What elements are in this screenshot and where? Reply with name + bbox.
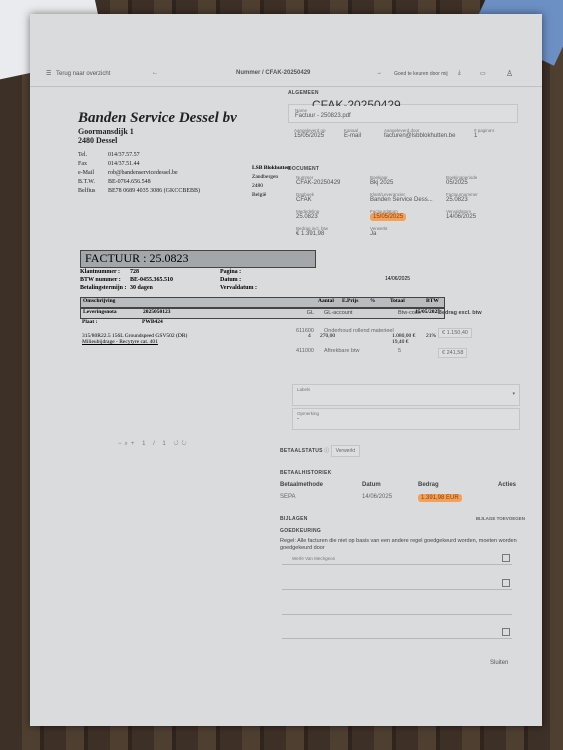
info-icon[interactable]: ⓘ [324,448,329,454]
invoice-date-highlight: 15/05/2025 [370,213,406,221]
calendar-icon[interactable] [502,579,510,587]
page-indicator: 1 / 1 [142,441,169,447]
company-city: 2480 Dessel [78,136,318,145]
company-name: Banden Service Dessel bv [78,110,318,127]
divider [30,86,542,87]
approver-field[interactable] [282,602,512,615]
amount-field[interactable]: € 241,58 [438,348,467,358]
approver-field[interactable] [282,626,512,639]
next-icon[interactable]: → [376,70,382,76]
status-badge: Verwerkt [331,445,360,457]
booking-lines: GL GL-account Btw-code Bedrag excl. btw … [286,310,521,358]
company-street: Goormansdijk 1 [78,127,318,136]
viewer-controls: −⌕+ 1 / 1 ↺↻ [118,441,190,448]
menu-icon[interactable]: ☰ [46,70,51,77]
due-date: 14/06/2025 [385,276,410,282]
betaalhistoriek: BETAALHISTORIEK Betaalmethode Datum Bedr… [280,470,525,502]
betaalstatus: BETAALSTATUS ⓘ Verwerkt [280,440,520,457]
recipient-address: LSB Blokhutten Zandbergen 2480 België [252,164,290,200]
close-button[interactable]: Sluiten [490,660,508,666]
approver-field[interactable] [282,577,512,590]
remark-field[interactable]: Opmerking- [292,408,520,430]
payment-amount-highlight: 1.391,98 EUR [418,494,462,502]
zoom-in-button[interactable]: + [131,441,138,447]
approval-rule: Regel: Alle facturen die niet op basis v… [280,538,525,552]
prev-icon[interactable]: ← [152,70,158,76]
invoice-meta: Klantnummer :728 BTW nummer :BE-0455.365… [80,268,180,292]
top-bar: ☰ Terug naar overzicht ← Nummer / CFAK-2… [30,64,542,86]
approve-filter[interactable]: Goed te keuren door mij [394,71,448,77]
back-link[interactable]: Terug naar overzicht [56,71,110,77]
add-attachment-button[interactable]: BIJLAGE TOEVOEGEN [476,516,525,521]
document-panel: DOCUMENT NummerCFAK-20250429 BoekjaarBkj… [288,166,518,237]
printed-page: ☰ Terug naar overzicht ← Nummer / CFAK-2… [30,14,542,726]
bijlagen: BIJLAGEN BIJLAGE TOEVOEGEN [280,516,525,522]
algemeen-panel: ALGEMEEN CFAK-20250429 NameFactuur - 250… [288,90,518,139]
calendar-icon[interactable] [502,554,510,562]
labels-select[interactable]: Labels ▾ [292,384,520,406]
page-title: Nummer / CFAK-20250429 [236,70,310,76]
calendar-icon[interactable] [502,628,510,636]
user-icon[interactable]: ♙ [506,69,513,78]
print-icon[interactable]: ▭ [480,70,486,77]
actions-header: Acties [498,482,516,488]
file-name-field[interactable]: NameFactuur - 250823.pdf [288,104,518,123]
chevron-down-icon: ▾ [512,391,515,397]
rotate-icon[interactable]: ↺↻ [173,441,189,447]
amount-field[interactable]: € 1.150,40 [438,328,472,338]
approver-field[interactable] [282,552,512,565]
download-icon[interactable]: ⤓ [458,70,461,77]
invoice-title-bar: FACTUUR : 25.0823 [80,250,316,268]
invoice-meta-right: Pagina :Datum :Vervaldatum : [220,268,257,292]
